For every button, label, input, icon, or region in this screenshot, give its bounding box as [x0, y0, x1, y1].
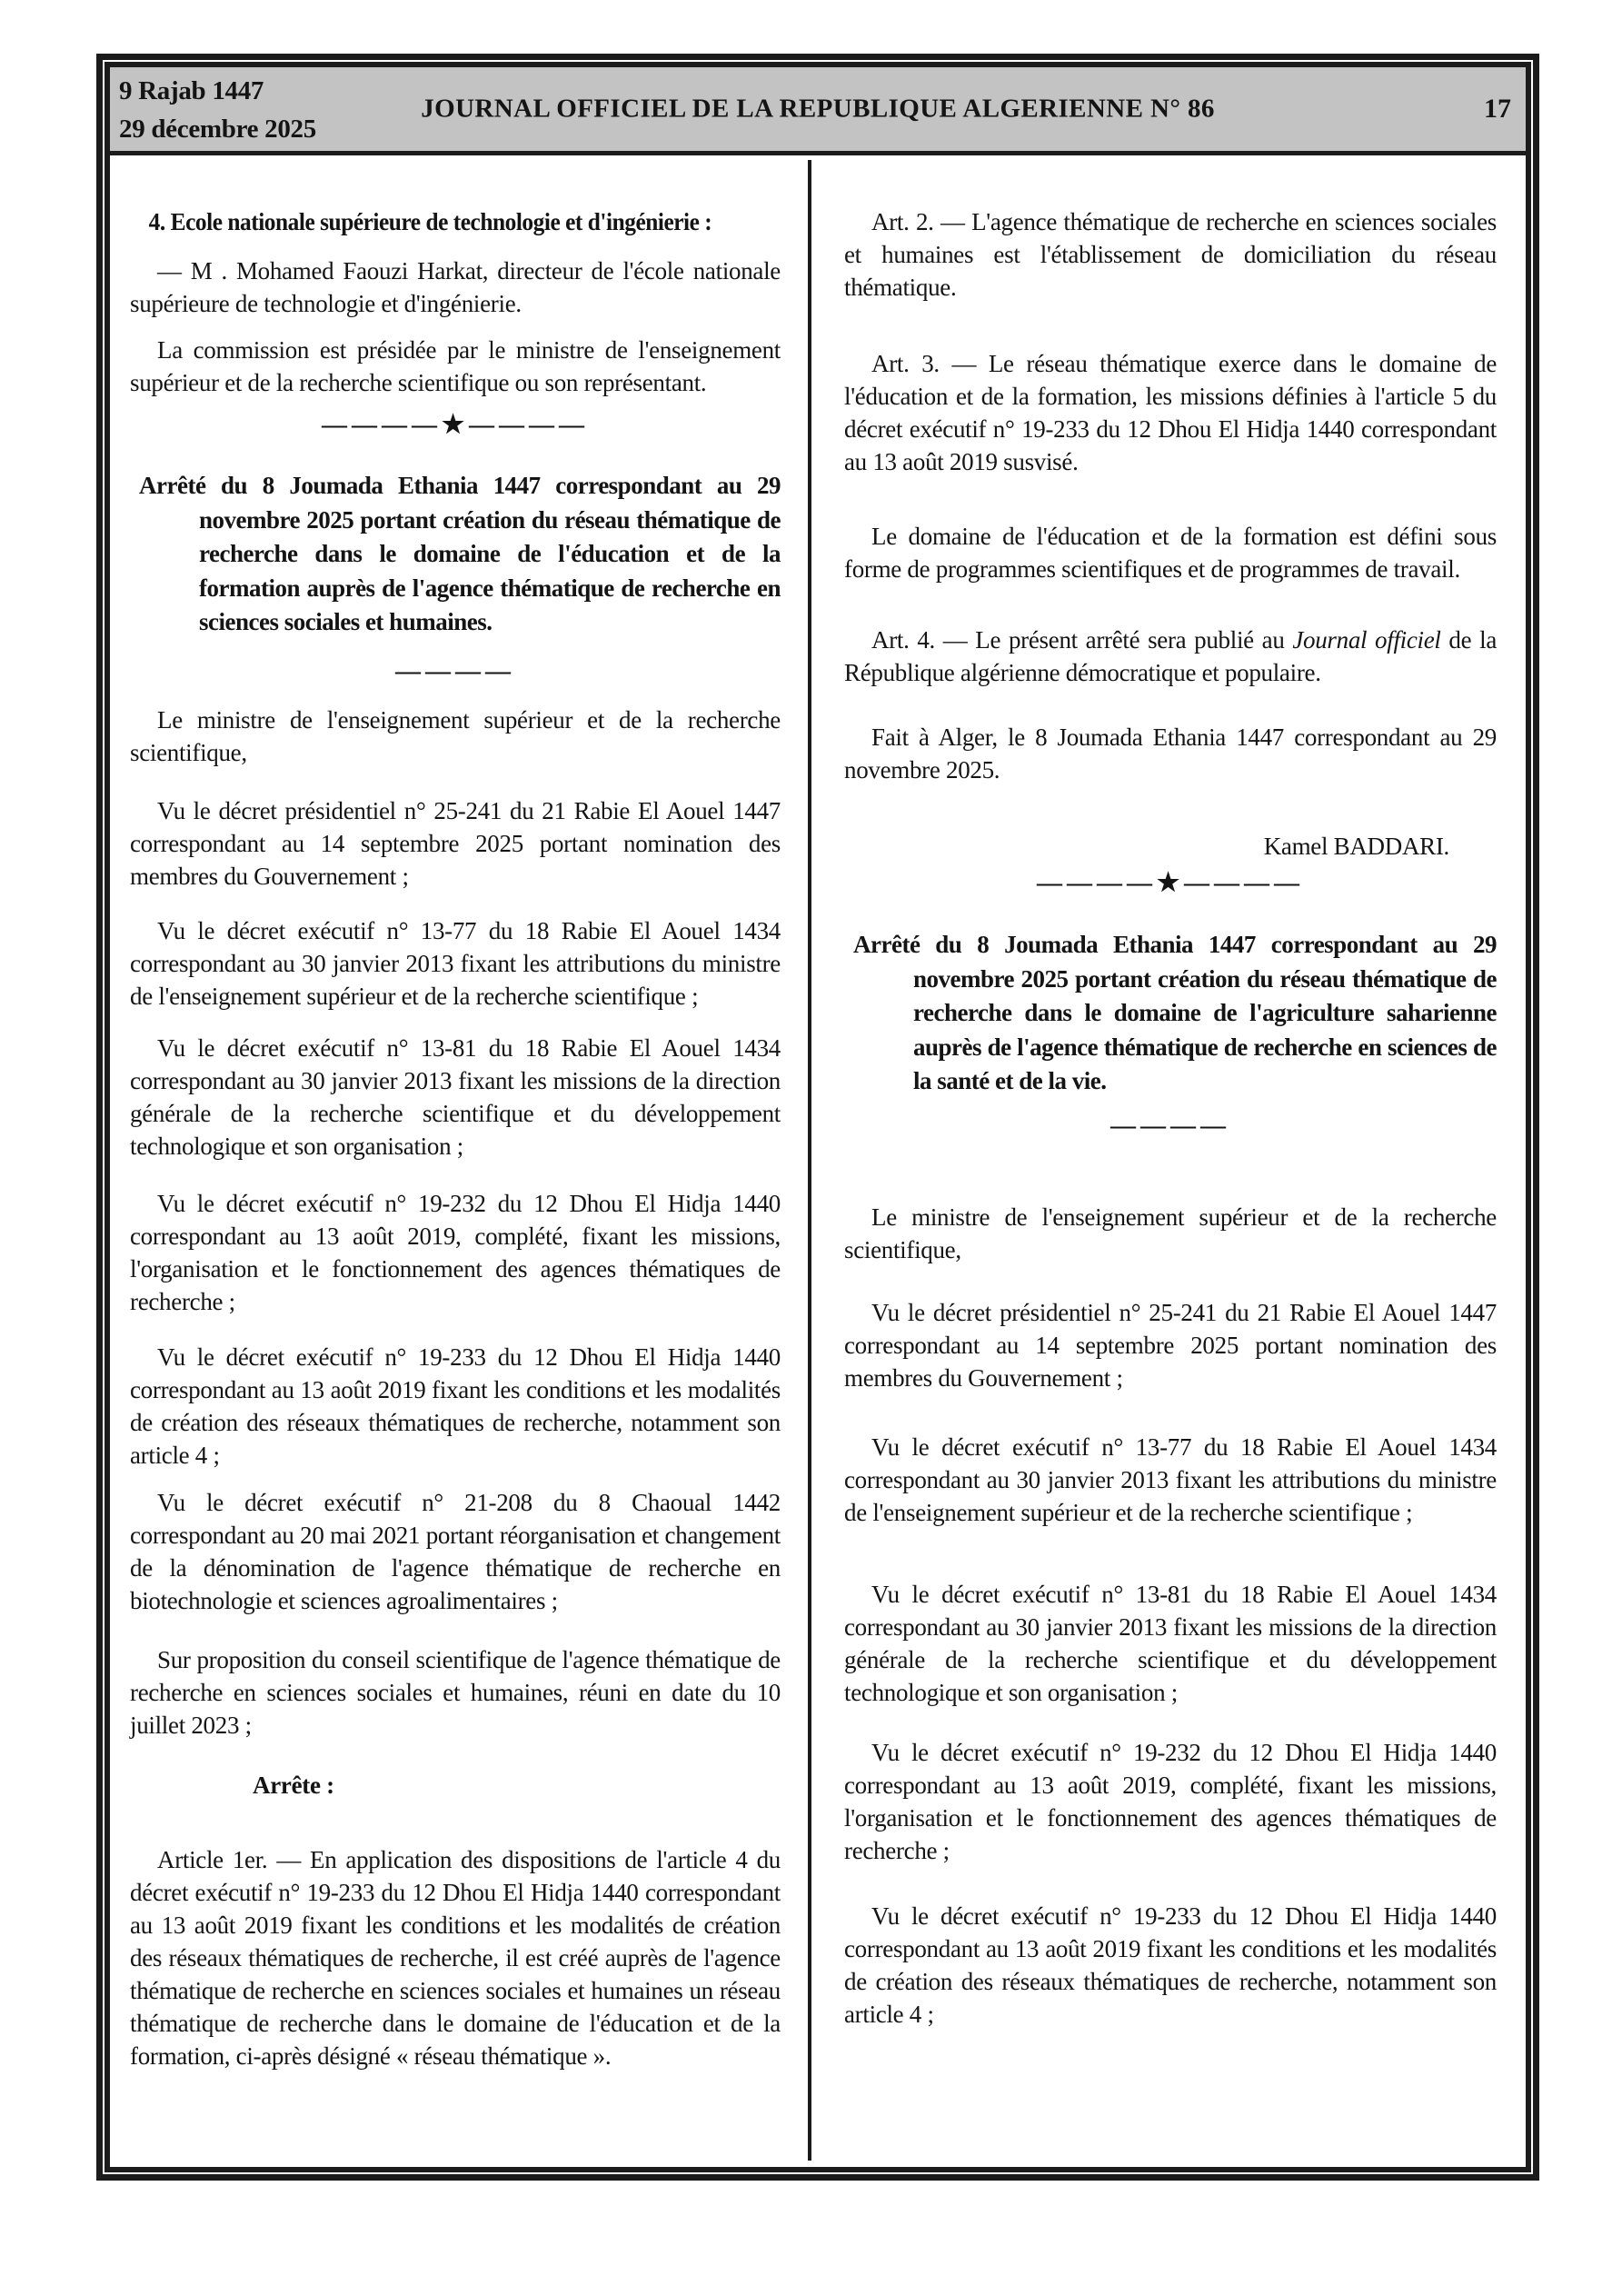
paragraph: Le ministre de l'enseignement supérieur … — [130, 704, 781, 769]
column-divider — [808, 160, 811, 2161]
star-separator-icon: ————★———— — [844, 870, 1497, 897]
paragraph: Vu le décret exécutif n° 13-77 du 18 Rab… — [844, 1431, 1497, 1529]
decree-heading: Arrêté du 8 Joumada Ethania 1447 corresp… — [130, 469, 781, 640]
paragraph: Vu le décret exécutif n° 19-233 du 12 Dh… — [130, 1341, 781, 1472]
text-segment: Art. 4. — Le présent arrêté sera publié … — [871, 626, 1292, 654]
paragraph: Fait à Alger, le 8 Joumada Ethania 1447 … — [844, 721, 1497, 786]
paragraph: Le ministre de l'enseignement supérieur … — [844, 1201, 1497, 1266]
paragraph: Le domaine de l'éducation et de la forma… — [844, 520, 1497, 585]
decree-heading: Arrêté du 8 Joumada Ethania 1447 corresp… — [844, 928, 1497, 1099]
paragraph: Vu le décret exécutif n° 19-232 du 12 Dh… — [130, 1187, 781, 1318]
star-separator-icon: ————★———— — [130, 412, 781, 439]
dash-separator: ———— — [130, 658, 781, 685]
column-left: 4. Ecole nationale supérieure de technol… — [130, 156, 781, 2072]
paragraph: Vu le décret présidentiel n° 25-241 du 2… — [130, 794, 781, 893]
paragraph: — M . Mohamed Faouzi Harkat, directeur d… — [130, 255, 781, 320]
column-right: Art. 2. — L'agence thématique de recherc… — [844, 156, 1497, 2031]
paragraph: Vu le décret exécutif n° 13-77 du 18 Rab… — [130, 914, 781, 1013]
paragraph: Vu le décret exécutif n° 13-81 du 18 Rab… — [130, 1032, 781, 1163]
paragraph: Vu le décret présidentiel n° 25-241 du 2… — [844, 1296, 1497, 1394]
section-heading: 4. Ecole nationale supérieure de technol… — [130, 205, 741, 238]
arrete-label: Arrête : — [130, 1769, 781, 1802]
paragraph: Vu le décret exécutif n° 19-232 du 12 Dh… — [844, 1736, 1497, 1867]
header-band: 9 Rajab 1447 29 décembre 2025 JOURNAL OF… — [110, 67, 1526, 155]
date-block: 9 Rajab 1447 29 décembre 2025 — [119, 72, 316, 148]
paragraph: La commission est présidée par le minist… — [130, 334, 781, 399]
page-number: 17 — [1484, 94, 1511, 125]
paragraph: Art. 2. — L'agence thématique de recherc… — [844, 205, 1497, 304]
dash-separator: ———— — [844, 1113, 1497, 1140]
paragraph: Art. 4. — Le présent arrêté sera publié … — [844, 624, 1497, 689]
paragraph: Vu le décret exécutif n° 21-208 du 8 Cha… — [130, 1486, 781, 1617]
hijri-date: 9 Rajab 1447 — [119, 72, 316, 110]
paragraph: Art. 3. — Le réseau thématique exerce da… — [844, 347, 1497, 478]
paragraph: Sur proposition du conseil scientifique … — [130, 1643, 781, 1742]
journal-title: JOURNAL OFFICIEL DE LA REPUBLIQUE ALGERI… — [421, 95, 1215, 125]
paragraph: Vu le décret exécutif n° 19-233 du 12 Dh… — [844, 1900, 1497, 2031]
signature: Kamel BADDARI. — [844, 830, 1497, 863]
gregorian-date: 29 décembre 2025 — [119, 110, 316, 148]
paragraph: Vu le décret exécutif n° 13-81 du 18 Rab… — [844, 1578, 1497, 1709]
italic-text: Journal officiel — [1292, 626, 1440, 654]
paragraph: Article 1er. — En application des dispos… — [130, 1843, 781, 2072]
